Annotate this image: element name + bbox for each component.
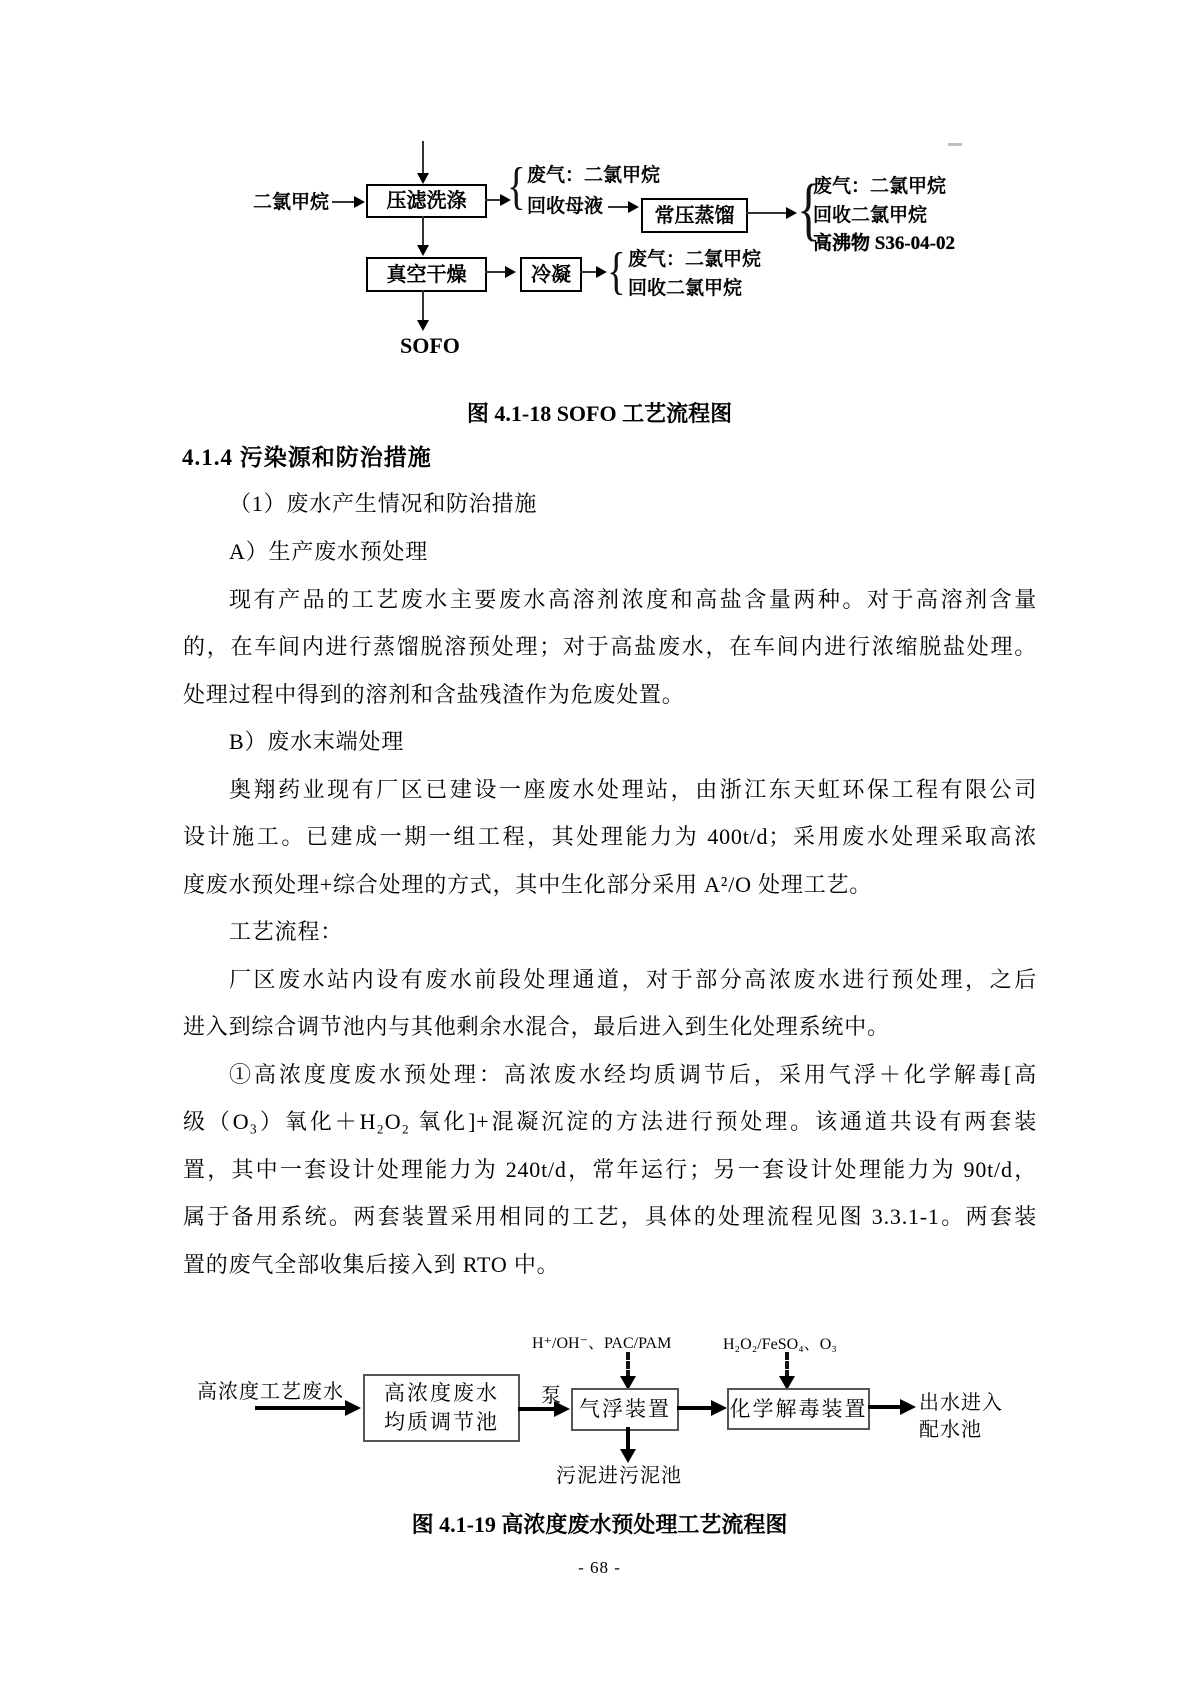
flow-line <box>332 201 356 203</box>
arrowhead-down <box>417 320 429 331</box>
arrowhead-right <box>596 266 607 278</box>
flow-line <box>746 212 790 214</box>
brace: { <box>607 241 626 303</box>
arrowhead-right <box>345 1400 361 1416</box>
box3-label: 化学解毒装置 <box>730 1395 868 1424</box>
flow-line <box>422 216 424 246</box>
flow-line <box>608 206 630 208</box>
document-page: 二氯甲烷 压滤洗涤 { 废气：二氯甲烷 回收母液 常压蒸馏 { 废气：二氯甲烷 … <box>0 0 1199 1696</box>
arrowhead-right <box>900 1399 916 1415</box>
process-box-flotation: 气浮装置 <box>571 1388 679 1431</box>
process-box-equalization-tank: 高浓度废水 均质调节池 <box>363 1374 520 1442</box>
flow-line <box>485 271 507 273</box>
text-line: ①高浓度度废水预处理：高浓废水经均质调节后，采用气浮＋化学解毒[高 <box>183 1060 1037 1090</box>
text-line: （1）废水产生情况和防治措施 <box>183 489 1037 519</box>
sludge-label: 污泥进污泥池 <box>556 1463 682 1489</box>
text-line: 奥翔药业现有厂区已建设一座废水处理站，由浙江东天虹环保工程有限公司 <box>183 775 1037 805</box>
flow-line <box>677 1406 713 1410</box>
arrowhead-right <box>554 1401 570 1417</box>
stray-mark <box>948 143 962 146</box>
page-number: - 68 - <box>0 1558 1199 1578</box>
process-box-filter-wash: 压滤洗涤 <box>366 184 487 218</box>
arrowhead-down <box>417 173 429 184</box>
flow-line <box>518 1407 556 1411</box>
text-line: 级（O₃）氧化＋H₂O₂ 氧化]+混凝沉淀的方法进行预处理。该通道共设有两套装 <box>183 1107 1037 1137</box>
flow-line <box>868 1405 902 1409</box>
text-line: A）生产废水预处理 <box>183 537 1037 567</box>
outlet-line1: 出水进入 <box>919 1390 1003 1416</box>
input-label: 高浓度工艺废水 <box>197 1379 344 1405</box>
text-line: 属于备用系统。两套装置采用相同的工艺，具体的处理流程见图 3.3.1-1。两套装 <box>183 1202 1037 1232</box>
process-box-condense: 冷凝 <box>520 257 582 292</box>
box1-line1: 高浓度废水 <box>384 1379 499 1408</box>
arrowhead-right <box>786 207 797 219</box>
branch1-line1: 废气：二氯甲烷 <box>527 165 660 188</box>
branch1-line2: 回收母液 <box>527 196 603 219</box>
text-line: 处理过程中得到的溶剂和含盐残渣作为危废处置。 <box>183 680 1037 710</box>
text-line: 工艺流程： <box>183 917 1037 947</box>
branch3-line1: 废气：二氯甲烷 <box>628 249 761 272</box>
brace: { <box>507 156 526 218</box>
arrowhead-right <box>354 196 365 208</box>
arrowhead-right <box>505 266 516 278</box>
input-label: 二氯甲烷 <box>253 192 329 215</box>
output-label: SOFO <box>400 333 460 359</box>
text-line: 进入到综合调节池内与其他剩余水混合，最后进入到生化处理系统中。 <box>183 1012 1037 1042</box>
arrowhead-down <box>417 245 429 256</box>
branch2-line3: 高沸物 S36-04-02 <box>813 233 955 256</box>
text-line: 置，其中一套设计处理能力为 240t/d，常年运行；另一套设计处理能力为 90t… <box>183 1155 1037 1185</box>
text-line: 的，在车间内进行蒸馏脱溶预处理；对于高盐废水，在车间内进行浓缩脱盐处理。 <box>183 632 1037 662</box>
text-line: 置的废气全部收集后接入到 RTO 中。 <box>183 1250 1037 1280</box>
text-line: 设计施工。已建成一期一组工程，其处理能力为 400t/d；采用废水处理采取高浓 <box>183 822 1037 852</box>
flow-line <box>422 290 424 322</box>
process-box-distillation: 常压蒸馏 <box>641 198 748 233</box>
dose1-label: H⁺/OH⁻、PAC/PAM <box>532 1330 671 1353</box>
flow-line <box>255 1406 347 1410</box>
figure-caption-4-1-18: 图 4.1-18 SOFO 工艺流程图 <box>0 397 1199 428</box>
box1-line2: 均质调节池 <box>384 1408 499 1437</box>
arrowhead-right <box>628 201 639 213</box>
text-line: 度废水预处理+综合处理的方式，其中生化部分采用 A²/O 处理工艺。 <box>183 870 1037 900</box>
branch3-line2: 回收二氯甲烷 <box>628 278 742 301</box>
dosing-line <box>785 1352 789 1378</box>
text-line: 厂区废水站内设有废水前段处理通道，对于部分高浓废水进行预处理，之后 <box>183 965 1037 995</box>
section-heading: 4.1.4 污染源和防治措施 <box>182 439 432 472</box>
branch2-line1: 废气：二氯甲烷 <box>813 176 946 199</box>
dose2-label: H₂O₂/FeSO₄、O₃ <box>723 1331 837 1354</box>
flow-line <box>422 141 424 175</box>
branch2-line2: 回收二氯甲烷 <box>813 205 927 228</box>
box2-label: 气浮装置 <box>579 1395 671 1424</box>
outlet-line2: 配水池 <box>919 1417 982 1443</box>
arrowhead-down <box>620 1449 636 1463</box>
flow-line <box>626 1427 630 1451</box>
text-line: B）废水末端处理 <box>183 727 1037 757</box>
process-box-vacuum-dry: 真空干燥 <box>366 257 487 292</box>
figure-caption-4-1-19: 图 4.1-19 高浓度废水预处理工艺流程图 <box>0 1508 1199 1539</box>
process-box-chemical-detox: 化学解毒装置 <box>727 1388 870 1430</box>
text-line: 现有产品的工艺废水主要废水高溶剂浓度和高盐含量两种。对于高溶剂含量 <box>183 585 1037 615</box>
dosing-line <box>626 1352 630 1378</box>
arrowhead-right <box>711 1400 727 1416</box>
